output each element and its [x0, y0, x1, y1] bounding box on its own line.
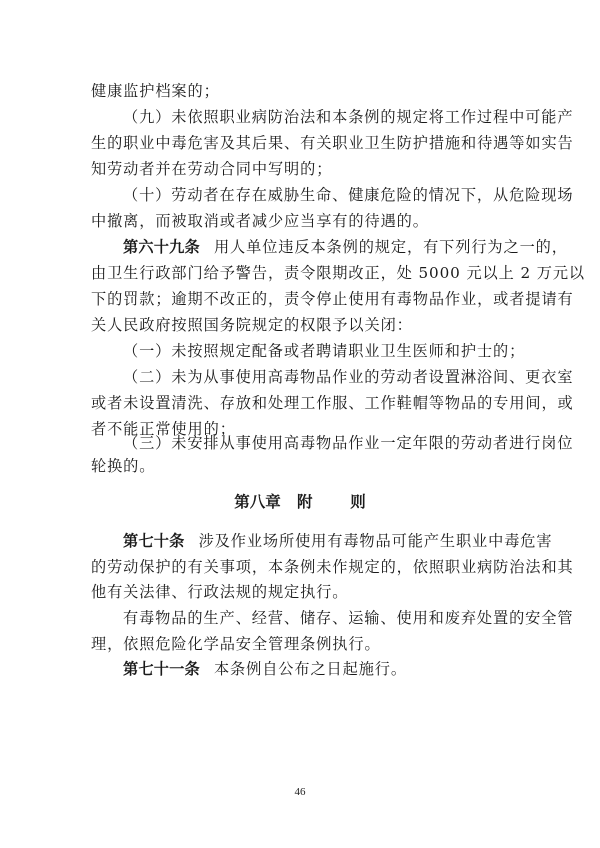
- text-line: 由卫生行政部门给予警告，责令限期改正，处 5000 元以上 2 万元以: [91, 260, 509, 286]
- article-label: 第七十一条: [123, 660, 200, 678]
- article-71: 第七十一条本条例自公布之日起施行。: [123, 656, 509, 682]
- text-line: 轮换的。: [91, 453, 509, 479]
- item-10: （十）劳动者在存在威胁生命、健康危险的情况下，从危险现场: [123, 182, 509, 208]
- article-70: 第七十条涉及作业场所使用有毒物品可能产生职业中毒危害: [123, 528, 509, 554]
- article-label: 第七十条: [123, 532, 185, 550]
- text-line: 健康监护档案的；: [91, 78, 509, 104]
- chapter-title-part2: 则: [350, 493, 366, 511]
- text-line: 下的罚款；逾期不改正的，责令停止使用有毒物品作业，或者提请有: [91, 286, 509, 312]
- chapter-title-part1: 附: [297, 493, 313, 511]
- article-label: 第六十九条: [123, 238, 200, 256]
- item-2: （二）未为从事使用高毒物品作业的劳动者设置淋浴间、更衣室: [123, 364, 509, 390]
- text-line: 他有关法律、行政法规的规定执行。: [91, 579, 509, 605]
- article-69: 第六十九条用人单位违反本条例的规定，有下列行为之一的，: [123, 234, 509, 260]
- text-line: 中撤离，而被取消或者减少应当享有的待遇的。: [91, 208, 509, 234]
- chapter-heading: 第八章 附 则: [0, 489, 600, 515]
- text-line: 理，依照危险化学品安全管理条例执行。: [91, 631, 509, 657]
- item-1: （一）未按照规定配备或者聘请职业卫生医师和护士的；: [123, 338, 509, 364]
- chapter-number: 第八章: [234, 493, 281, 511]
- paragraph-start: 有毒物品的生产、经营、储存、运输、使用和废弃处置的安全管: [123, 605, 509, 631]
- document-page: 健康监护档案的； （九）未依照职业病防治法和本条例的规定将工作过程中可能产 生的…: [0, 0, 600, 848]
- text-line: 或者未设置清洗、存放和处理工作服、工作鞋帽等物品的专用间，或: [91, 390, 509, 416]
- text-line: 生的职业中毒危害及其后果、有关职业卫生防护措施和待遇等如实告: [91, 130, 509, 156]
- page-number: 46: [0, 786, 600, 798]
- text-line: 的劳动保护的有关事项，本条例未作规定的，依照职业病防治法和其: [91, 554, 509, 580]
- article-text: 涉及作业场所使用有毒物品可能产生职业中毒危害: [199, 532, 553, 550]
- item-9: （九）未依照职业病防治法和本条例的规定将工作过程中可能产: [123, 104, 509, 130]
- text-line: 知劳动者并在劳动合同中写明的；: [91, 156, 509, 182]
- article-text: 用人单位违反本条例的规定，有下列行为之一的，: [214, 238, 568, 256]
- text-line: 关人民政府按照国务院规定的权限予以关闭：: [91, 312, 509, 338]
- article-text: 本条例自公布之日起施行。: [214, 660, 407, 678]
